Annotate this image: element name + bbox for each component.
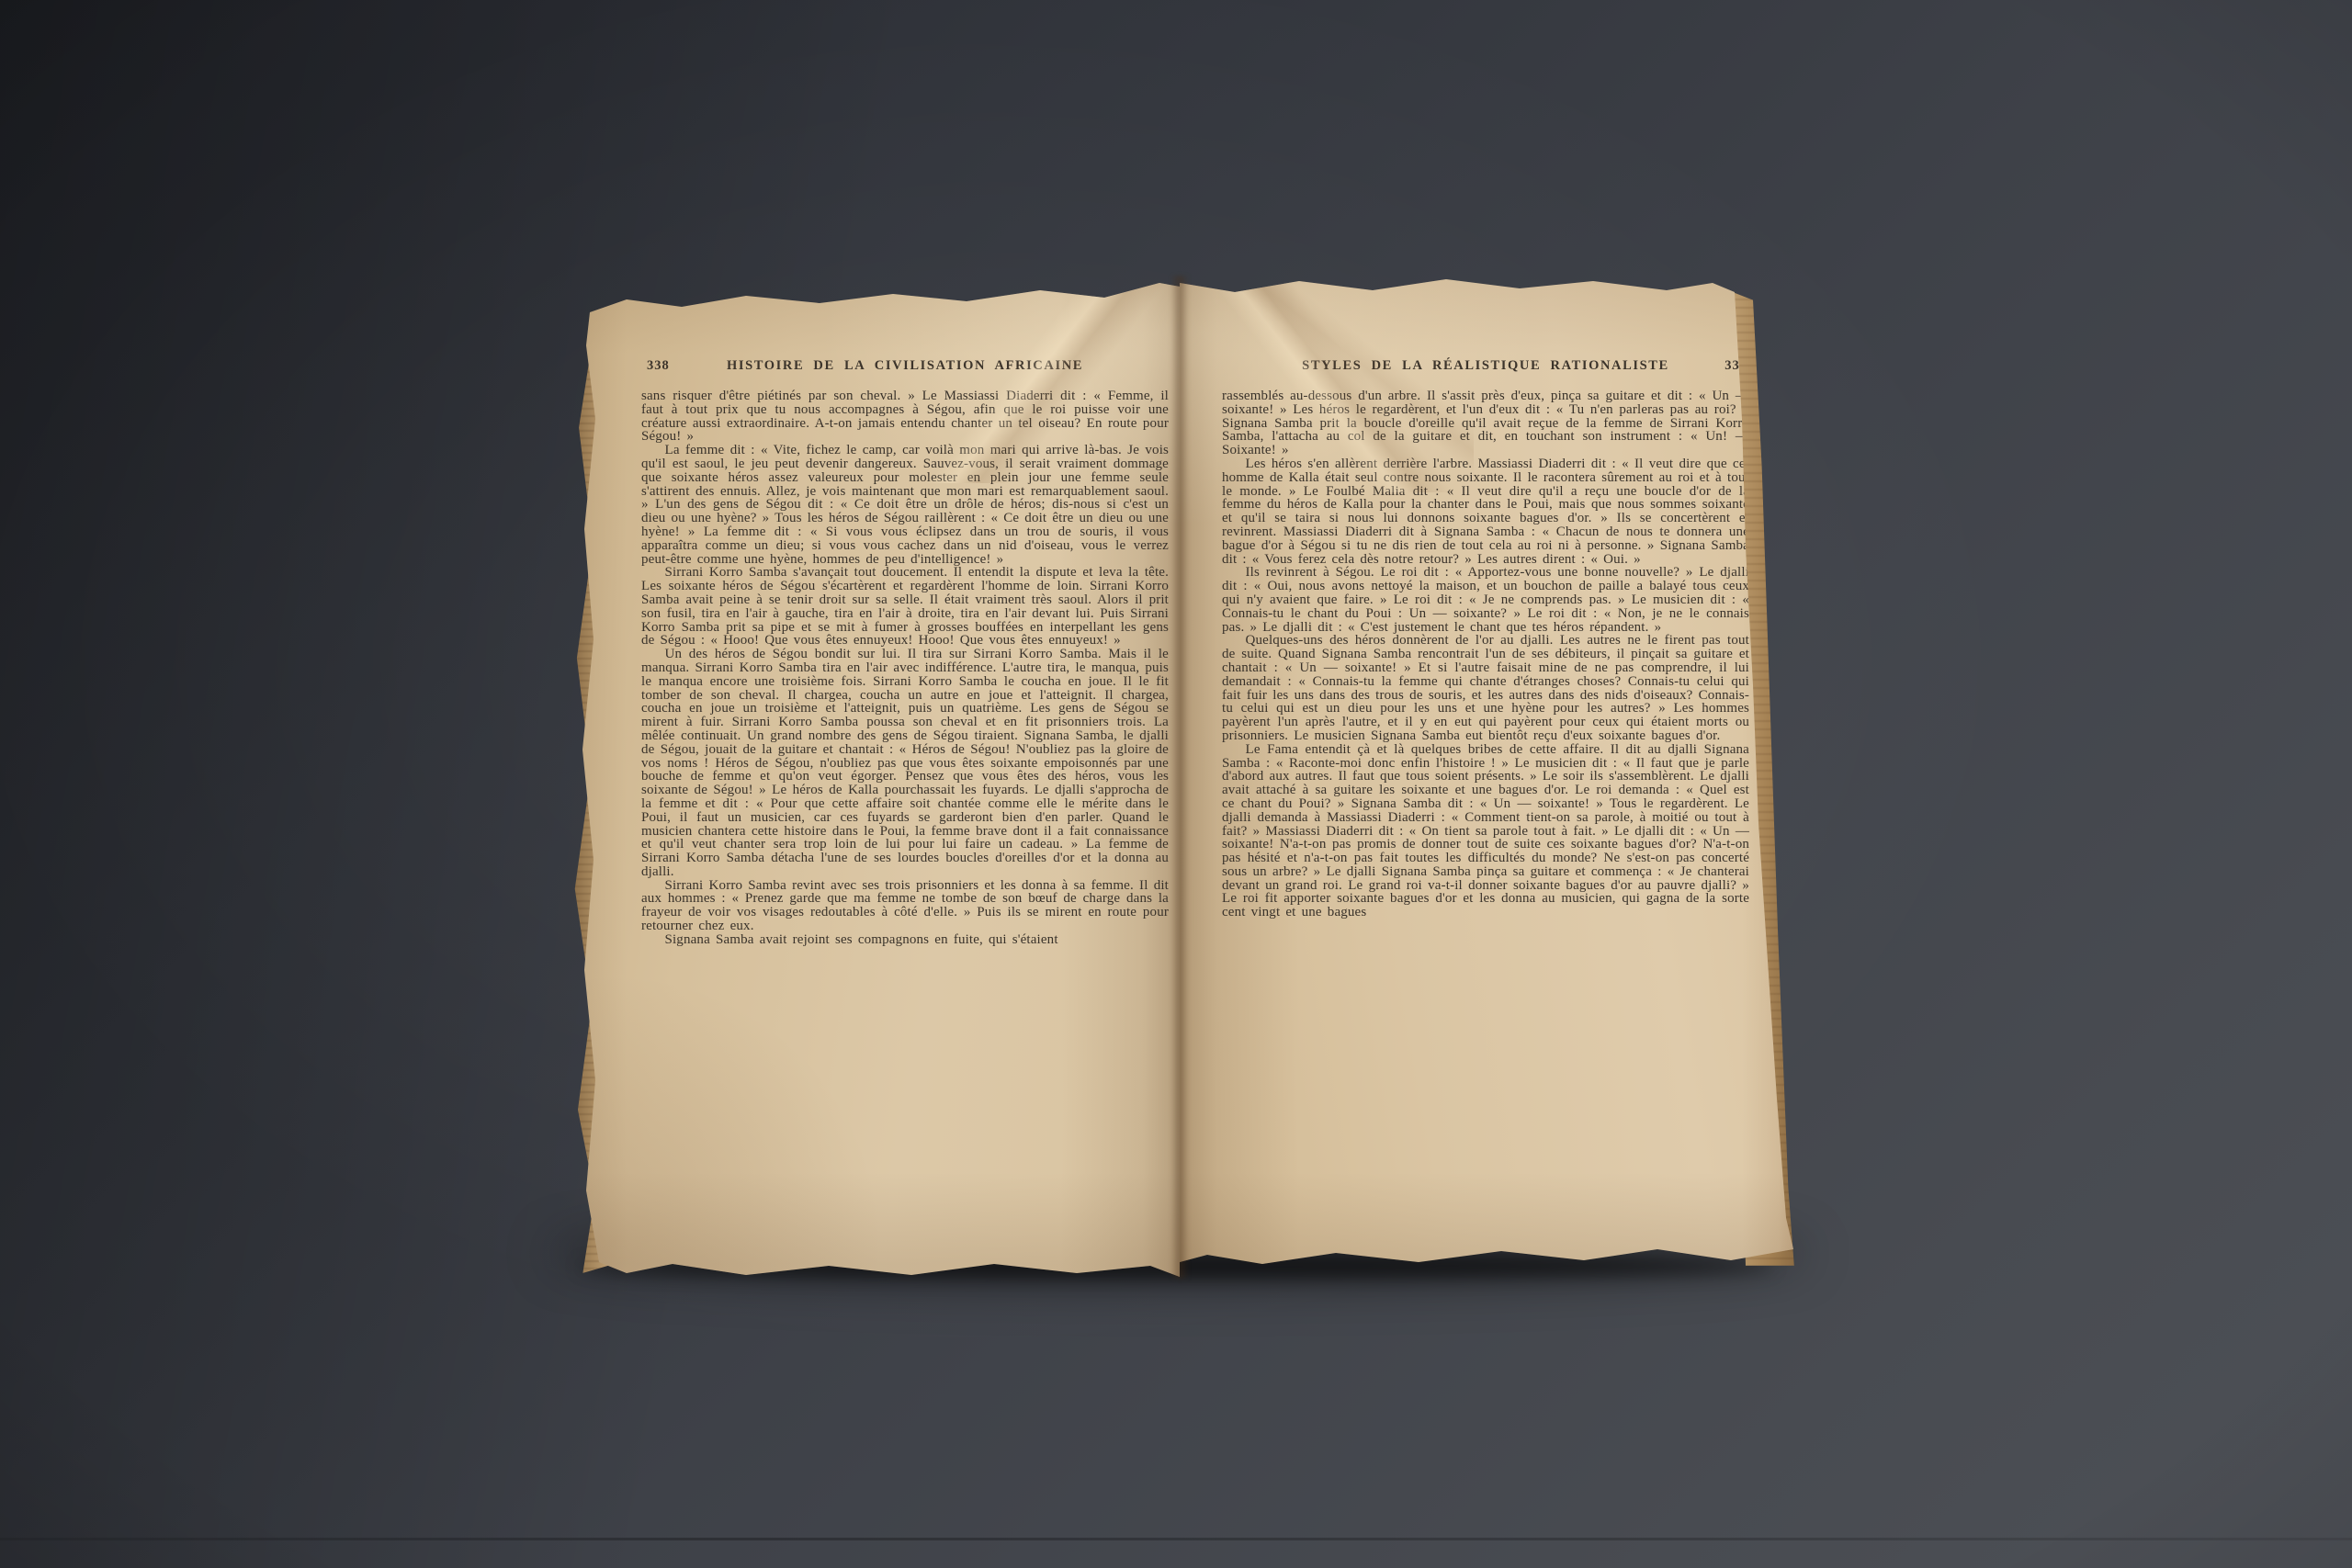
paragraph: Quelques-uns des héros donnèrent de l'or…: [1222, 634, 1749, 742]
table-seam: [0, 1538, 2352, 1540]
paragraph: sans risquer d'être piétinés par son che…: [641, 389, 1169, 444]
paragraph: Un des héros de Ségou bondit sur lui. Il…: [641, 648, 1169, 879]
paragraph: La femme dit : « Vite, fichez le camp, c…: [641, 444, 1169, 566]
right-page-header: STYLES DE LA RÉALISTIQUE RATIONALISTE 33…: [1222, 358, 1749, 378]
photo-background: 338 HISTOIRE DE LA CIVILISATION AFRICAIN…: [0, 0, 2352, 1568]
page-number: 338: [647, 358, 670, 374]
paragraph: Ils revinrent à Ségou. Le roi dit : « Ap…: [1222, 566, 1749, 634]
left-page-header: 338 HISTOIRE DE LA CIVILISATION AFRICAIN…: [641, 358, 1169, 378]
paragraph: Les héros s'en allèrent derrière l'arbre…: [1222, 457, 1749, 566]
right-page-body: rassemblés au-dessous d'un arbre. Il s'a…: [1222, 389, 1749, 919]
right-page: STYLES DE LA RÉALISTIQUE RATIONALISTE 33…: [1180, 272, 1801, 1284]
left-page: 338 HISTOIRE DE LA CIVILISATION AFRICAIN…: [562, 272, 1180, 1284]
left-page-body: sans risquer d'être piétinés par son che…: [641, 389, 1169, 947]
paragraph: Le Fama entendit çà et là quelques bribe…: [1222, 743, 1749, 919]
paragraph: rassemblés au-dessous d'un arbre. Il s'a…: [1222, 389, 1749, 457]
paragraph: Signana Samba avait rejoint ses compagno…: [641, 933, 1169, 947]
paragraph: Sirrani Korro Samba s'avançait tout douc…: [641, 566, 1169, 648]
running-title: HISTOIRE DE LA CIVILISATION AFRICAINE: [727, 358, 1083, 373]
paragraph: Sirrani Korro Samba revint avec ses troi…: [641, 879, 1169, 933]
running-title: STYLES DE LA RÉALISTIQUE RATIONALISTE: [1302, 358, 1669, 373]
open-book: 338 HISTOIRE DE LA CIVILISATION AFRICAIN…: [562, 272, 1801, 1284]
